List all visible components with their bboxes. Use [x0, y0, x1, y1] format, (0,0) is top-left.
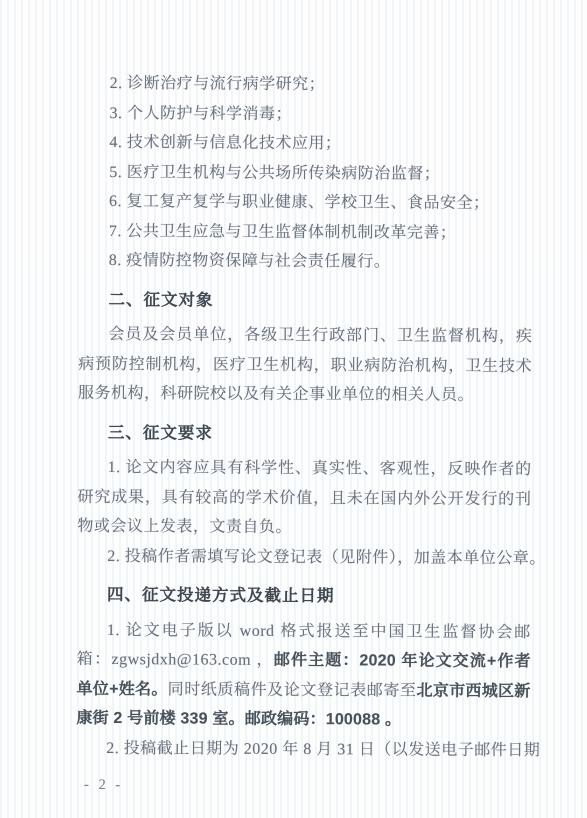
scanned-document-page: 2. 诊断治疗与流行病学研究； 3. 个人防护与科学消毒； 4. 技术创新与信息…	[0, 0, 587, 818]
section-heading-requirements: 三、征文要求	[78, 418, 532, 450]
topic-item-4: 4. 技术创新与信息化技术应用；	[79, 128, 533, 160]
topic-item-8: 8. 疫情防控物资保障与社会责任履行。	[79, 246, 533, 278]
section-heading-objects: 二、征文对象	[78, 285, 532, 317]
section-heading-submission: 四、征文投递方式及截止日期	[77, 581, 531, 613]
scan-tilt-wrapper: 2. 诊断治疗与流行病学研究； 3. 个人防护与科学消毒； 4. 技术创新与信息…	[0, 0, 587, 818]
submission-text-run: 同时纸质稿件及论文登记表邮寄至	[168, 681, 417, 699]
topic-item-5: 5. 医疗卫生机构与公共场所传染病防治监督；	[79, 157, 533, 189]
topic-item-7: 7. 公共卫生应急与卫生监督体制机制改革完善；	[79, 216, 533, 248]
topic-item-3: 3. 个人防护与科学消毒；	[79, 98, 533, 130]
paragraph-objects: 会员及会员单位，各级卫生行政部门、卫生监督机构，疾病预防控制机构，医疗卫生机构，…	[78, 320, 532, 411]
page-number: - 2 -	[84, 777, 123, 794]
paragraph-requirements-2: 2. 投稿作者需填写论文登记表（见附件），加盖本单位公章。	[77, 541, 531, 573]
topics-list: 2. 诊断治疗与流行病学研究； 3. 个人防护与科学消毒； 4. 技术创新与信息…	[79, 69, 534, 278]
topic-item-2: 2. 诊断治疗与流行病学研究；	[80, 69, 534, 101]
document-body: 2. 诊断治疗与流行病学研究； 3. 个人防护与科学消毒； 4. 技术创新与信息…	[76, 69, 534, 765]
topic-item-6: 6. 复工复产复学与职业健康、学校卫生、食品安全；	[79, 187, 533, 219]
paragraph-submission-1: 1. 论文电子版以 word 格式报送至中国卫生监督协会邮箱：zgwsjdxh@…	[76, 615, 531, 735]
paragraph-requirements-1: 1. 论文内容应具有科学性、真实性、客观性，反映作者的研究成果，具有较高的学术价…	[77, 453, 531, 544]
paragraph-submission-2: 2. 投稿截止日期为 2020 年 8 月 31 日（以发送电子邮件日期	[76, 733, 530, 765]
